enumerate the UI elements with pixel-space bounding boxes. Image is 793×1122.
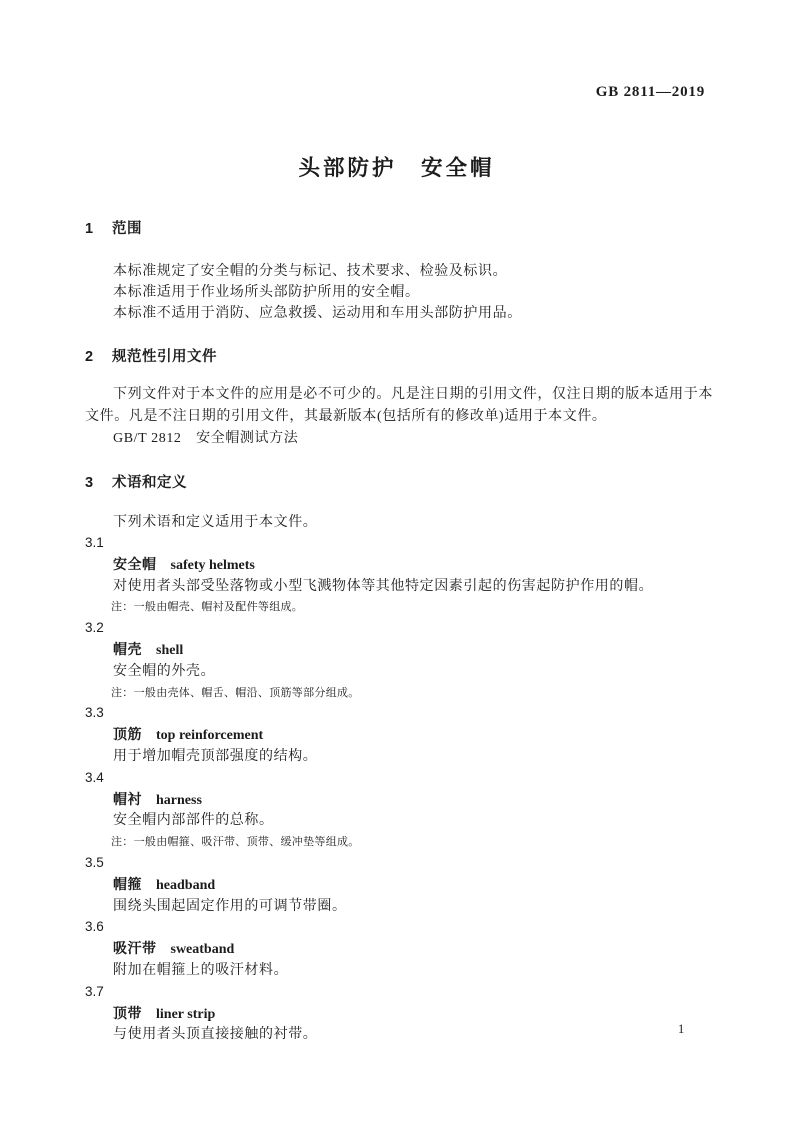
term-name-zh: 帽衬 <box>113 791 142 807</box>
term-number: 3.2 <box>85 618 713 639</box>
terms-list: 3.1 安全帽safety helmets 对使用者头部受坠落物或小型飞溅物体等… <box>85 533 713 1046</box>
section-label: 规范性引用文件 <box>112 349 217 365</box>
section-heading-terms: 3术语和定义 <box>85 473 713 494</box>
section-number: 2 <box>85 347 95 368</box>
scope-paragraph: 本标准规定了安全帽的分类与标记、技术要求、检验及标识。 <box>85 261 713 282</box>
term-definition: 附加在帽箍上的吸汗材料。 <box>85 961 713 982</box>
term-number: 3.4 <box>85 768 713 789</box>
term-name-en: top reinforcement <box>156 728 263 743</box>
term-name-zh: 顶筋 <box>113 726 142 742</box>
term-definition: 围绕头围起固定作用的可调节带圈。 <box>85 897 713 918</box>
term-entry: 3.4 帽衬harness 安全帽内部部件的总称。 注：一般由帽箍、吸汗带、顶带… <box>85 768 713 853</box>
term-name: 吸汗带sweatband <box>85 938 713 961</box>
term-note: 注：一般由帽壳、帽衬及配件等组成。 <box>85 597 713 618</box>
section-number: 3 <box>85 473 95 494</box>
term-name-zh: 帽箍 <box>113 876 142 892</box>
scope-paragraph: 本标准不适用于消防、应急救援、运动用和车用头部防护用品。 <box>85 303 713 324</box>
term-name: 安全帽safety helmets <box>85 554 713 577</box>
document-body: 1范围 本标准规定了安全帽的分类与标记、技术要求、检验及标识。 本标准适用于作业… <box>85 219 713 1046</box>
standard-code: GB 2811—2019 <box>596 84 705 101</box>
term-name: 帽箍headband <box>85 874 713 897</box>
term-name: 帽壳shell <box>85 639 713 662</box>
term-entry: 3.2 帽壳shell 安全帽的外壳。 注：一般由壳体、帽舌、帽沿、顶筋等部分组… <box>85 618 713 703</box>
term-name: 顶带liner strip <box>85 1003 713 1026</box>
term-name-en: liner strip <box>156 1007 215 1022</box>
term-definition: 对使用者头部受坠落物或小型飞溅物体等其他特定因素引起的伤害起防护作用的帽。 <box>85 577 713 598</box>
document-title: 头部防护 安全帽 <box>0 151 793 182</box>
term-name-en: sweatband <box>171 942 235 957</box>
term-name: 帽衬harness <box>85 789 713 812</box>
page-number: 1 <box>678 1022 684 1037</box>
term-note: 注：一般由帽箍、吸汗带、顶带、缓冲垫等组成。 <box>85 832 713 853</box>
term-entry: 3.5 帽箍headband 围绕头围起固定作用的可调节带圈。 <box>85 853 713 917</box>
term-name-en: harness <box>156 793 202 808</box>
term-name-zh: 帽壳 <box>113 641 142 657</box>
term-definition: 安全帽内部部件的总称。 <box>85 811 713 832</box>
term-number: 3.5 <box>85 853 713 874</box>
scope-paragraphs: 本标准规定了安全帽的分类与标记、技术要求、检验及标识。 本标准适用于作业场所头部… <box>85 261 713 324</box>
section-heading-normative-references: 2规范性引用文件 <box>85 347 713 368</box>
section-label: 术语和定义 <box>112 475 187 491</box>
term-number: 3.6 <box>85 917 713 938</box>
term-name-zh: 安全帽 <box>113 556 157 572</box>
term-number: 3.7 <box>85 982 713 1003</box>
standard-document-page: GB 2811—2019 头部防护 安全帽 1范围 本标准规定了安全帽的分类与标… <box>0 0 793 1122</box>
normative-references-paragraph: 下列文件对于本文件的应用是必不可少的。凡是注日期的引用文件，仅注日期的版本适用于… <box>85 384 713 428</box>
term-name-zh: 吸汗带 <box>113 940 157 956</box>
terms-intro: 下列术语和定义适用于本文件。 <box>85 512 713 533</box>
term-number: 3.1 <box>85 533 713 554</box>
term-entry: 3.3 顶筋top reinforcement 用于增加帽壳顶部强度的结构。 <box>85 703 713 767</box>
term-definition: 用于增加帽壳顶部强度的结构。 <box>85 747 713 768</box>
term-definition: 与使用者头顶直接接触的衬带。 <box>85 1025 713 1046</box>
scope-paragraph: 本标准适用于作业场所头部防护所用的安全帽。 <box>85 282 713 303</box>
reference-entry: GB/T 2812 安全帽测试方法 <box>85 428 713 450</box>
term-note: 注：一般由壳体、帽舌、帽沿、顶筋等部分组成。 <box>85 683 713 704</box>
section-label: 范围 <box>112 221 142 237</box>
term-name-en: shell <box>156 643 183 658</box>
section-number: 1 <box>85 219 95 240</box>
term-number: 3.3 <box>85 703 713 724</box>
term-entry: 3.7 顶带liner strip 与使用者头顶直接接触的衬带。 <box>85 982 713 1046</box>
term-entry: 3.1 安全帽safety helmets 对使用者头部受坠落物或小型飞溅物体等… <box>85 533 713 618</box>
section-heading-scope: 1范围 <box>85 219 713 240</box>
term-definition: 安全帽的外壳。 <box>85 662 713 683</box>
term-name: 顶筋top reinforcement <box>85 724 713 747</box>
term-entry: 3.6 吸汗带sweatband 附加在帽箍上的吸汗材料。 <box>85 917 713 981</box>
term-name-zh: 顶带 <box>113 1005 142 1021</box>
term-name-en: safety helmets <box>171 558 255 573</box>
term-name-en: headband <box>156 878 215 893</box>
